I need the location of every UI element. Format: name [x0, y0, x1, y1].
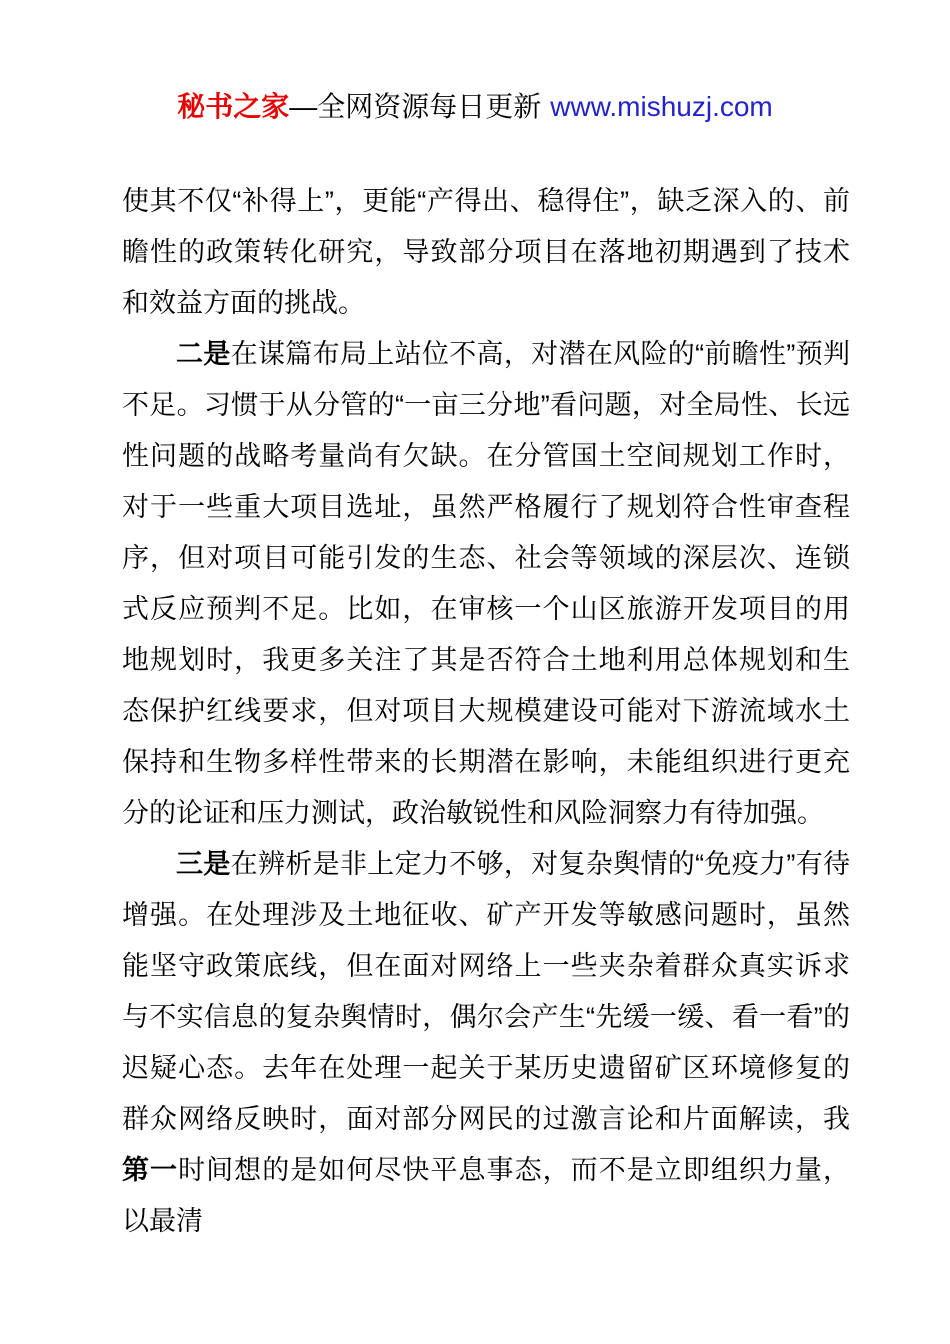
paragraph-point-two: 二是在谋篇布局上站位不高，对潜在风险的“前瞻性”预判不足。习惯于从分管的“一亩三… [122, 329, 850, 839]
text-run: 时间想的是如何尽快平息事态，而不是立即组织力量，以最清 [122, 1155, 850, 1236]
document-body: 使其不仅“补得上”，更能“产得出、稳得住”，缺乏深入的、前瞻性的政策转化研究，导… [122, 176, 850, 1247]
text-run: 在辨析是非上定力不够，对复杂舆情的“免疫力”有待增强。在处理涉及土地征收、矿产开… [122, 849, 850, 1134]
bold-text-run: 三是 [176, 849, 231, 879]
site-tagline: —全网资源每日更新 [289, 91, 541, 122]
site-header: 秘书之家—全网资源每日更新www.mishuzj.com [0, 88, 950, 126]
paragraph-continuation: 使其不仅“补得上”，更能“产得出、稳得住”，缺乏深入的、前瞻性的政策转化研究，导… [122, 176, 850, 329]
site-brand: 秘书之家 [177, 91, 289, 122]
document-page: 秘书之家—全网资源每日更新www.mishuzj.com 使其不仅“补得上”，更… [0, 0, 950, 1344]
paragraph-point-three: 三是在辨析是非上定力不够，对复杂舆情的“免疫力”有待增强。在处理涉及土地征收、矿… [122, 839, 850, 1247]
bold-text-run: 二是 [176, 339, 231, 369]
bold-text-run: 第一 [122, 1155, 178, 1185]
text-run: 在谋篇布局上站位不高，对潜在风险的“前瞻性”预判不足。习惯于从分管的“一亩三分地… [122, 339, 850, 828]
site-url-link[interactable]: www.mishuzj.com [550, 91, 772, 122]
text-run: 使其不仅“补得上”，更能“产得出、稳得住”，缺乏深入的、前瞻性的政策转化研究，导… [122, 186, 850, 318]
